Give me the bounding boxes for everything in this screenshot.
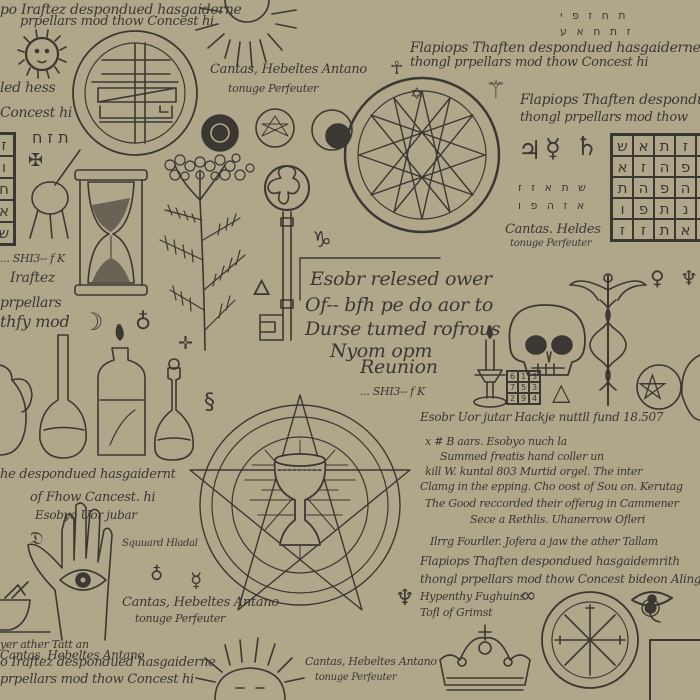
- grid-cell: ת: [654, 219, 675, 240]
- neptune-symbol-icon: ♆: [395, 588, 415, 610]
- grid-cell: נ: [675, 198, 696, 219]
- handwriting-line: tonuge Perfeuter: [510, 238, 591, 249]
- grid-cell: ע: [696, 219, 700, 240]
- cross-symbol-2-icon: ✠: [28, 152, 43, 170]
- handwriting-line: Sece a Rethlis. Uhanerrow Ofleri: [470, 513, 645, 526]
- grid-cell: ש: [0, 222, 14, 244]
- handwriting-line: Tofl of Grimst: [420, 606, 492, 619]
- chalice-pentagram-seal-icon: [190, 395, 410, 610]
- hebrew-column-left: ז ו ח א ש: [0, 132, 16, 246]
- handwriting-line: tonuge Perfeuter: [135, 612, 225, 625]
- ankh-symbol-icon: ☥: [390, 60, 403, 78]
- fire-symbol-icon: 🜂: [252, 278, 271, 300]
- grid-cell: ה: [633, 177, 654, 198]
- handwriting-line: Of-- bfh pe do aor to: [305, 294, 493, 316]
- grid-cell: ז: [633, 156, 654, 177]
- hebrew-magic-square: ש א ת ז י א ז ה פ ע ת ה פ ה ע ו פ ת נ ו …: [610, 133, 700, 242]
- sun-face-small-icon: [18, 30, 66, 78]
- handwriting-line: kill W. kuntal 803 Murtid orgel. The int…: [425, 465, 642, 478]
- grid-cell: א: [633, 135, 654, 156]
- hebrew-letter-row: ש ת א ז ז: [518, 182, 589, 193]
- grid-cell: א: [612, 156, 633, 177]
- venus-symbol-icon: ♀: [650, 268, 665, 288]
- crescent-symbol-icon: ☽: [82, 310, 104, 334]
- grid-cell: 5: [518, 382, 529, 393]
- yarrow-plant-icon: [160, 154, 254, 350]
- handwriting-line: thfy mod: [0, 312, 69, 331]
- handwriting-line: led hess: [0, 80, 55, 96]
- grid-cell: פ: [675, 156, 696, 177]
- grid-cell: א: [675, 219, 696, 240]
- illustration-canvas: ש א ת ז י א ז ה פ ע ת ה פ ה ע ו פ ת נ ו …: [0, 0, 700, 700]
- crown-icon: [440, 625, 530, 690]
- grid-cell: א: [0, 200, 14, 222]
- jupiter-symbol-icon: ♃: [518, 138, 541, 164]
- neptune-symbol-2-icon: ♆: [680, 268, 698, 288]
- handwriting-line: Cantas, Hebeltes Antano: [122, 595, 279, 610]
- grid-cell: ו: [0, 156, 14, 178]
- handwriting-line: Cantas. Heldes: [505, 222, 601, 237]
- triangle-symbol-icon: △: [552, 380, 570, 404]
- grid-cell: ו: [696, 198, 700, 219]
- caduceus-icon: [570, 274, 646, 405]
- handwriting-line: thongl prpellars mod thow Concest hi: [410, 55, 648, 70]
- grid-cell: פ: [633, 198, 654, 219]
- handwriting-line: Durse tumed rofrous: [305, 318, 500, 340]
- hebrew-letter-row: ז ת ח א ע: [560, 26, 633, 37]
- grid-cell: ת: [654, 135, 675, 156]
- grid-cell: 3: [529, 382, 540, 393]
- hebrew-letters-icon: ת ז ח: [32, 130, 69, 146]
- hourglass-icon: [75, 170, 147, 295]
- grid-cell: ז: [633, 219, 654, 240]
- handwriting-line: The Good reccorded their offerug in Camm…: [425, 497, 679, 510]
- handwriting-line: prpellars mod thow Concest hi: [20, 14, 214, 29]
- skeleton-key-icon: [260, 166, 309, 340]
- skull-icon: [509, 305, 585, 375]
- grid-cell: 1: [518, 371, 529, 382]
- number-magic-square: 6 1 3 7 5 3 2 9 4: [506, 370, 541, 405]
- grid-cell: ה: [654, 156, 675, 177]
- star-of-david-symbol-icon: ✡: [410, 86, 423, 102]
- handwriting-line: Esobr Uor jutar Hackje nuttll fund 18.50…: [420, 410, 663, 424]
- handwriting-line: Clamg in the epping. Cho oost of Sou on.…: [420, 480, 683, 493]
- grid-cell: ח: [0, 178, 14, 200]
- eye-symbol-icon: ◉: [640, 594, 661, 618]
- handwriting-line: Esobyo Uor jubar: [35, 508, 137, 522]
- hand-with-eye-icon: [28, 503, 112, 640]
- mercury-symbol-2-icon: ☿: [190, 570, 202, 590]
- handwriting-line: Concest hi: [0, 105, 72, 121]
- grid-cell: י: [696, 135, 700, 156]
- handwriting-line: ... SHI3-- f K: [360, 385, 425, 398]
- handwriting-line: prpellars mod thow Concest hi: [0, 672, 194, 687]
- compass-seal-icon: [542, 592, 638, 688]
- mortar-icon: [0, 582, 30, 630]
- antimony-symbol-icon: ♁: [135, 312, 151, 334]
- hebrew-letter-row: ת ח ז פ י: [560, 10, 629, 21]
- handwriting-line: Esobr relesed ower: [310, 268, 492, 290]
- handwriting-line: tonuge Perfeuter: [315, 672, 396, 683]
- grid-cell: 6: [507, 371, 518, 382]
- handwriting-line: Hypenthy Fughuins: [420, 590, 525, 603]
- grid-cell: ת: [654, 198, 675, 219]
- handwriting-line: thongl prpellars mod thow Concest bideon…: [420, 572, 700, 586]
- hebrew-letter-row: א ז ה פ ו: [518, 200, 587, 211]
- handwriting-line: ... SHI3-- f K: [0, 252, 65, 265]
- handwriting-line: Cantas, Hebeltes Antano: [0, 648, 144, 662]
- handwriting-line: Cantas, Hebeltes Antano: [305, 655, 437, 668]
- handwriting-line: Ilrrg Fourller. Jofera a jaw the ather T…: [430, 535, 658, 548]
- grid-cell: ש: [612, 135, 633, 156]
- flask-right-icon: [682, 355, 700, 420]
- grid-cell: פ: [654, 177, 675, 198]
- handwriting-line: prpellars: [0, 295, 61, 311]
- handwriting-line: Flapiops Thaften despondued hasgaidemrit…: [420, 554, 680, 568]
- potion-bottles-icon: [0, 325, 193, 460]
- grid-cell: ת: [612, 177, 633, 198]
- zodiac-symbol-icon: ♑: [312, 230, 332, 252]
- handwriting-line: he despondued hasgaidernt: [0, 467, 176, 482]
- spiral-symbol-icon: §: [204, 392, 215, 414]
- grid-cell: ז: [0, 134, 14, 156]
- grid-cell: 9: [518, 393, 529, 404]
- grid-cell: 4: [529, 393, 540, 404]
- handwriting-line: Reunion: [360, 356, 438, 378]
- handwriting-line: thongl prpellars mod thow: [520, 110, 688, 125]
- seal-circle-top-left-icon: [73, 31, 197, 155]
- grid-cell: ו: [612, 198, 633, 219]
- mercury-symbol-icon: ☿: [545, 136, 561, 162]
- handwriting-line: Flapiops Thaften despondued hasgaiderne: [410, 40, 700, 56]
- grid-cell: 7: [507, 382, 518, 393]
- wax-seals-icon: [202, 109, 352, 151]
- handwriting-line: of Fhow Cancest. hi: [30, 490, 155, 505]
- alchemy-x-symbol-icon: ⚚: [485, 78, 507, 102]
- handwriting-line: Flapiops Thaften despondued: [520, 92, 700, 108]
- handwriting-line: tonuge Perfeuter: [228, 82, 318, 95]
- handwriting-line: Squuard Hladal: [122, 538, 198, 549]
- saturn-symbol-icon: ♄: [575, 134, 598, 160]
- grid-cell: ז: [675, 135, 696, 156]
- grid-cell: 2: [507, 393, 518, 404]
- grid-cell: ז: [612, 219, 633, 240]
- cross-symbol-icon: ✛: [178, 335, 193, 353]
- grid-cell: 3: [529, 371, 540, 382]
- handwriting-line: x # B aars. Esobyo nuch la: [425, 435, 567, 448]
- glyph-d-icon: 𝔇: [30, 530, 43, 548]
- pentacle-symbol-icon: ⛤: [638, 370, 667, 406]
- handwriting-line: Iraftez: [10, 270, 55, 286]
- grid-cell: ע: [696, 177, 700, 198]
- grid-cell: ע: [696, 156, 700, 177]
- grid-cell: ה: [675, 177, 696, 198]
- handwriting-line: Summed freatis hand coller un: [440, 450, 604, 463]
- sulfur-symbol-icon: ♁: [150, 566, 163, 584]
- handwriting-line: Cantas, Hebeltes Antano: [210, 62, 367, 77]
